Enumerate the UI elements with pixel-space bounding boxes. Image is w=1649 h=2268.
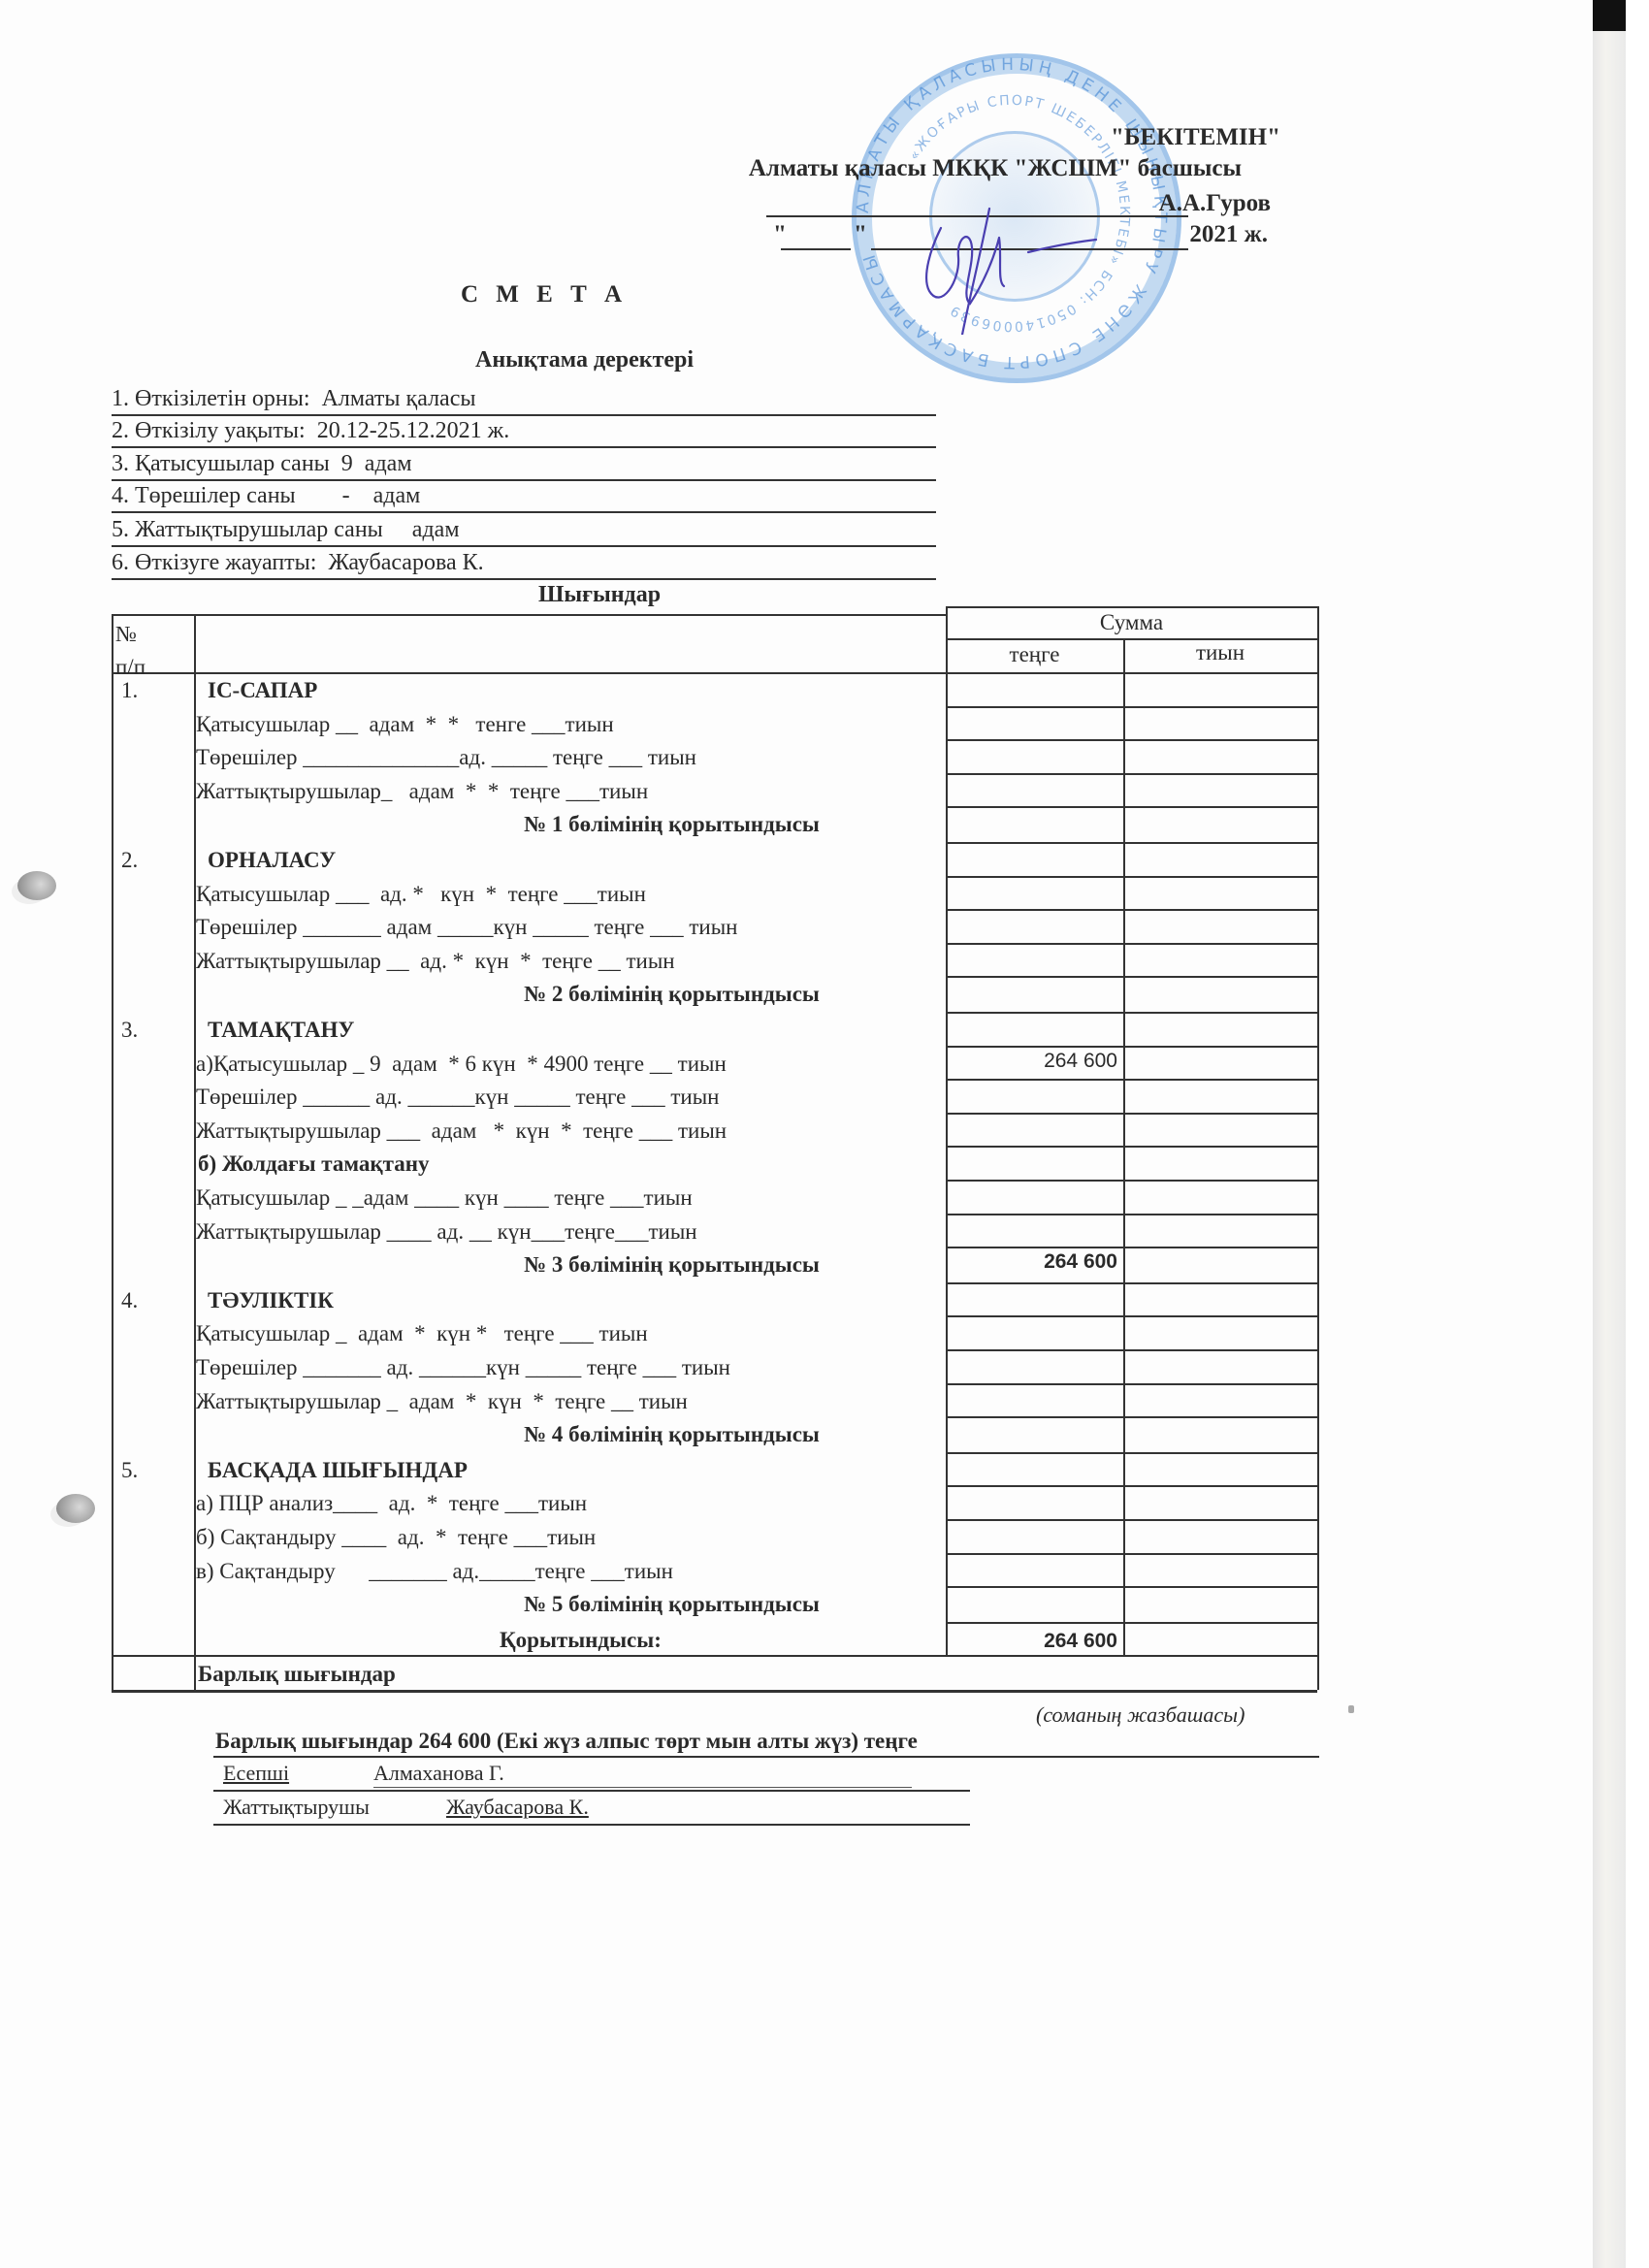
table-border-left	[112, 614, 113, 1690]
sum-row-line	[946, 773, 1317, 775]
info-value: адам	[395, 517, 460, 542]
sum-row-line	[946, 1586, 1317, 1588]
grand-total-label: Қорытындысы:	[500, 1628, 662, 1653]
info-row: 6. Өткізуге жауапты:Жаубасарова К.	[112, 548, 936, 580]
total-amount: 264 600	[953, 1630, 1117, 1653]
coach-label: Жаттықтырушы	[223, 1795, 370, 1820]
info-value: Жаубасарова К.	[328, 550, 483, 575]
sum-row-line	[946, 1180, 1317, 1182]
sum-row-line	[946, 1416, 1317, 1418]
sum-row-line	[946, 1079, 1317, 1081]
sum-row-line	[946, 806, 1317, 808]
section-title: ІС-САПАР	[208, 678, 317, 703]
line-item: Жаттықтырушылар __ ад. * күн * теңге __ …	[196, 949, 675, 974]
table-border-right	[1317, 606, 1319, 1690]
sum-row-line	[946, 672, 1317, 674]
total-in-words-line	[213, 1756, 1319, 1758]
sum-row-line	[946, 842, 1317, 844]
line-item: Төрешілер ______________ад. _____ теңге …	[196, 745, 696, 770]
amount-tenge: 264 600	[953, 1250, 1117, 1274]
section-title: ОРНАЛАСУ	[208, 848, 336, 873]
scan-margin	[1626, 0, 1649, 2268]
sum-row-line	[946, 1519, 1317, 1521]
sum-row-line	[946, 1046, 1317, 1048]
section-number: 3.	[121, 1018, 138, 1043]
info-label: 2. Өткізілу уақыты:	[112, 418, 306, 443]
tenge-tiyn-divider	[1123, 638, 1125, 1655]
sum-row-line	[946, 1146, 1317, 1148]
table-border-top	[946, 606, 1317, 608]
sum-row-line	[946, 976, 1317, 978]
sum-row-line	[946, 1485, 1317, 1487]
coach-line	[213, 1824, 970, 1826]
accountant-line	[213, 1790, 970, 1792]
info-row: 3. Қатысушылар саны9 адам	[112, 449, 936, 481]
sum-row-line	[946, 1214, 1317, 1215]
line-item: Жаттықтырушылар ____ ад. __ күн___теңге_…	[196, 1219, 697, 1245]
sum-row-line	[946, 876, 1317, 878]
section-title: ТӘУЛІКТІК	[208, 1288, 334, 1313]
info-label: 5. Жаттықтырушылар саны	[112, 517, 383, 542]
sum-row-line	[946, 943, 1317, 945]
table-border-top	[112, 614, 946, 616]
line-item: Қатысушылар _ адам * күн * теңге ___ тиы…	[196, 1321, 648, 1346]
approval-year: 2021 ж.	[1189, 221, 1268, 248]
number-column-divider	[194, 614, 196, 1690]
info-row: 1. Өткізілетін орны:Алматы қаласы	[112, 384, 936, 416]
section-number: 5.	[121, 1458, 138, 1483]
info-label: 3. Қатысушылар саны	[112, 451, 330, 476]
date-quote-close: "	[854, 221, 867, 248]
line-item: Қатысушылар __ адам * * тенге ___тиын	[196, 712, 614, 737]
sum-row-line	[946, 909, 1317, 911]
line-item: Жаттықтырушылар ___ адам * күн * теңге _…	[196, 1118, 727, 1144]
info-label: 1. Өткізілетін орны:	[112, 386, 310, 411]
handwritten-signature	[902, 189, 1115, 335]
line-item: а) ПЦР анализ____ ад. * теңге ___тиын	[196, 1491, 587, 1516]
sum-row-line	[946, 1113, 1317, 1115]
section-subtotal-label: № 4 бөлімінің қорытындысы	[524, 1422, 820, 1447]
table-border-bottom	[112, 1690, 1317, 1693]
sum-row-line	[946, 1282, 1317, 1284]
section-subtotal-label: № 2 бөлімінің қорытындысы	[524, 982, 820, 1007]
amount-tenge: 264 600	[953, 1050, 1117, 1073]
info-value: 9 адам	[341, 451, 412, 476]
line-item: Төрешілер ______ ад. ______күн _____ тең…	[196, 1085, 719, 1110]
section-number: 4.	[121, 1288, 138, 1313]
scan-speck	[1348, 1705, 1354, 1713]
sum-row-line	[946, 1452, 1317, 1454]
section-title: ТАМАҚТАНУ	[208, 1018, 354, 1043]
header-number: № п/п	[115, 618, 183, 684]
sum-row-line	[946, 1247, 1317, 1248]
info-value: - адам	[307, 483, 421, 508]
line-item: Қатысушылар _ _адам ____ күн ____ теңге …	[196, 1185, 693, 1211]
expenses-title: Шығындар	[538, 582, 661, 608]
info-label: 4. Төрешілер саны	[112, 483, 296, 508]
total-row-label: Барлық шығындар	[198, 1662, 396, 1687]
punch-hole	[56, 1494, 95, 1523]
info-value: Алматы қаласы	[322, 386, 476, 411]
total-row-top	[112, 1655, 1317, 1657]
header-tiyn: тиын	[1123, 640, 1317, 665]
line-item: Жаттықтырушылар_ адам * * теңге ___тиын	[196, 779, 648, 804]
line-item: Қатысушылар ___ ад. * күн * теңге ___тиы…	[196, 882, 646, 907]
sum-row-line	[946, 1349, 1317, 1351]
approver-name: А.А.Гуров	[1159, 190, 1271, 217]
header-tenge: теңге	[946, 642, 1123, 667]
section-subtotal-label: № 3 бөлімінің қорытындысы	[524, 1252, 820, 1278]
sum-row-line	[946, 706, 1317, 708]
section-title: Анықтама деректері	[475, 347, 694, 373]
info-label: 6. Өткізуге жауапты:	[112, 550, 316, 575]
date-quote-open: "	[773, 221, 787, 248]
sum-column-divider	[946, 606, 948, 1655]
info-value: 20.12-25.12.2021 ж.	[317, 418, 510, 443]
line-item: Төрешілер _______ ад. ______күн _____ те…	[196, 1355, 730, 1380]
section-number: 1.	[121, 678, 138, 703]
sum-row-line	[946, 1012, 1317, 1014]
info-row: 2. Өткізілу уақыты:20.12-25.12.2021 ж.	[112, 416, 936, 448]
punch-hole	[17, 871, 56, 900]
approval-organization: Алматы қаласы МКҚК "ЖСШМ" басшысы	[749, 155, 1242, 182]
line-item: б) Сақтандыру ____ ад. * теңге ___тиын	[196, 1525, 596, 1550]
info-row: 4. Төрешілер саны - адам	[112, 481, 936, 513]
coach-name: Жаубасарова К.	[446, 1795, 589, 1820]
approval-title: "БЕКІТЕМІН"	[1111, 124, 1280, 151]
sum-row-line	[946, 1622, 1317, 1624]
total-in-words: Барлық шығындар 264 600 (Екі жүз алпыс т…	[215, 1729, 918, 1754]
scan-corner-shadow	[1593, 0, 1626, 31]
info-row: 5. Жаттықтырушылар саны адам	[112, 515, 936, 547]
date-day-line	[781, 248, 851, 250]
sum-row-line	[946, 739, 1317, 741]
section-subtotal-label: № 5 бөлімінің қорытындысы	[524, 1592, 820, 1617]
section-number: 2.	[121, 848, 138, 873]
line-item: Жаттықтырушылар _ адам * күн * теңге __ …	[196, 1389, 688, 1414]
sum-row-line	[946, 1315, 1317, 1317]
line-item: а)Қатысушылар _ 9 адам * 6 күн * 4900 те…	[196, 1052, 727, 1077]
header-sum: Сумма	[946, 610, 1317, 635]
accountant-underline	[373, 1787, 912, 1788]
scan-paper-edge	[1593, 29, 1626, 2268]
section-subtotal-label: № 1 бөлімінің қорытындысы	[524, 812, 820, 837]
line-item: Төрешілер _______ адам _____күн _____ те…	[196, 915, 737, 940]
section-title: БАСҚАДА ШЫҒЫНДАР	[208, 1458, 468, 1483]
accountant-name: Алмаханова Г.	[373, 1761, 504, 1786]
subsection-title: б) Жолдағы тамақтану	[198, 1151, 429, 1177]
accountant-label: Есепші	[223, 1761, 289, 1786]
sum-row-line	[946, 1383, 1317, 1385]
line-item: в) Сақтандыру _______ ад._____теңге ___т…	[196, 1559, 673, 1584]
document-title: С М Е Т А	[461, 281, 628, 308]
amount-in-words-caption: (соманың жазбашасы)	[1036, 1702, 1245, 1728]
sum-row-line	[946, 1553, 1317, 1555]
